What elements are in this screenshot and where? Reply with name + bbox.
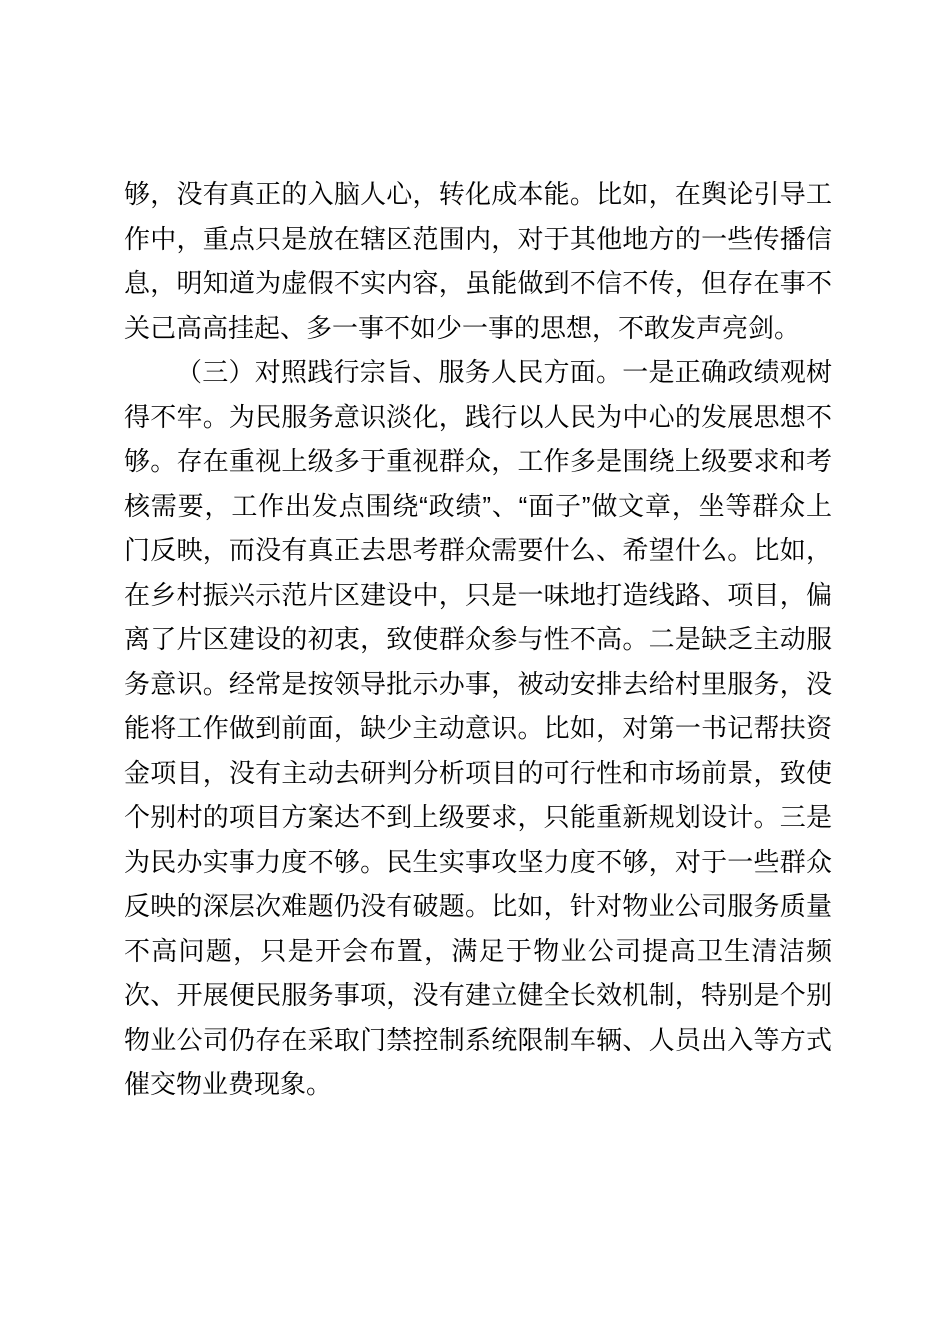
text-line: 得不牢。为民服务意识淡化，践行以人民为中心的发展思想不 bbox=[124, 395, 832, 440]
paragraph: （三）对照践行宗旨、服务人民方面。一是正确政绩观树得不牢。为民服务意识淡化，践行… bbox=[124, 350, 832, 1107]
text-line: （三）对照践行宗旨、服务人民方面。一是正确政绩观树 bbox=[124, 350, 832, 395]
document-page: 够，没有真正的入脑人心，转化成本能。比如，在舆论引导工作中，重点只是放在辖区范围… bbox=[0, 0, 950, 1344]
text-line: 能将工作做到前面，缺少主动意识。比如，对第一书记帮扶资 bbox=[124, 706, 832, 751]
text-line: 关己高高挂起、多一事不如少一事的思想，不敢发声亮剑。 bbox=[124, 306, 832, 351]
text-line: 离了片区建设的初衷，致使群众参与性不高。二是缺乏主动服 bbox=[124, 617, 832, 662]
text-line: 次、开展便民服务事项，没有建立健全长效机制，特别是个别 bbox=[124, 973, 832, 1018]
text-line: 催交物业费现象。 bbox=[124, 1062, 832, 1107]
text-line: 作中，重点只是放在辖区范围内，对于其他地方的一些传播信 bbox=[124, 217, 832, 262]
text-line: 够。存在重视上级多于重视群众，工作多是围绕上级要求和考 bbox=[124, 439, 832, 484]
text-line: 物业公司仍存在采取门禁控制系统限制车辆、人员出入等方式 bbox=[124, 1018, 832, 1063]
paragraph: 够，没有真正的入脑人心，转化成本能。比如，在舆论引导工作中，重点只是放在辖区范围… bbox=[124, 172, 832, 350]
text-line: 息，明知道为虚假不实内容，虽能做到不信不传，但存在事不 bbox=[124, 261, 832, 306]
text-line: 核需要，工作出发点围绕“政绩”、“面子”做文章，坐等群众上 bbox=[124, 484, 832, 529]
text-line: 够，没有真正的入脑人心，转化成本能。比如，在舆论引导工 bbox=[124, 172, 832, 217]
text-line: 为民办实事力度不够。民生实事攻坚力度不够，对于一些群众 bbox=[124, 840, 832, 885]
document-body: 够，没有真正的入脑人心，转化成本能。比如，在舆论引导工作中，重点只是放在辖区范围… bbox=[124, 172, 832, 1107]
text-line: 不高问题，只是开会布置，满足于物业公司提高卫生清洁频 bbox=[124, 929, 832, 974]
text-line: 务意识。经常是按领导批示办事，被动安排去给村里服务，没 bbox=[124, 662, 832, 707]
text-line: 个别村的项目方案达不到上级要求，只能重新规划设计。三是 bbox=[124, 795, 832, 840]
text-line: 在乡村振兴示范片区建设中，只是一味地打造线路、项目，偏 bbox=[124, 573, 832, 618]
text-line: 金项目，没有主动去研判分析项目的可行性和市场前景，致使 bbox=[124, 751, 832, 796]
text-line: 门反映，而没有真正去思考群众需要什么、希望什么。比如， bbox=[124, 528, 832, 573]
text-line: 反映的深层次难题仍没有破题。比如，针对物业公司服务质量 bbox=[124, 884, 832, 929]
